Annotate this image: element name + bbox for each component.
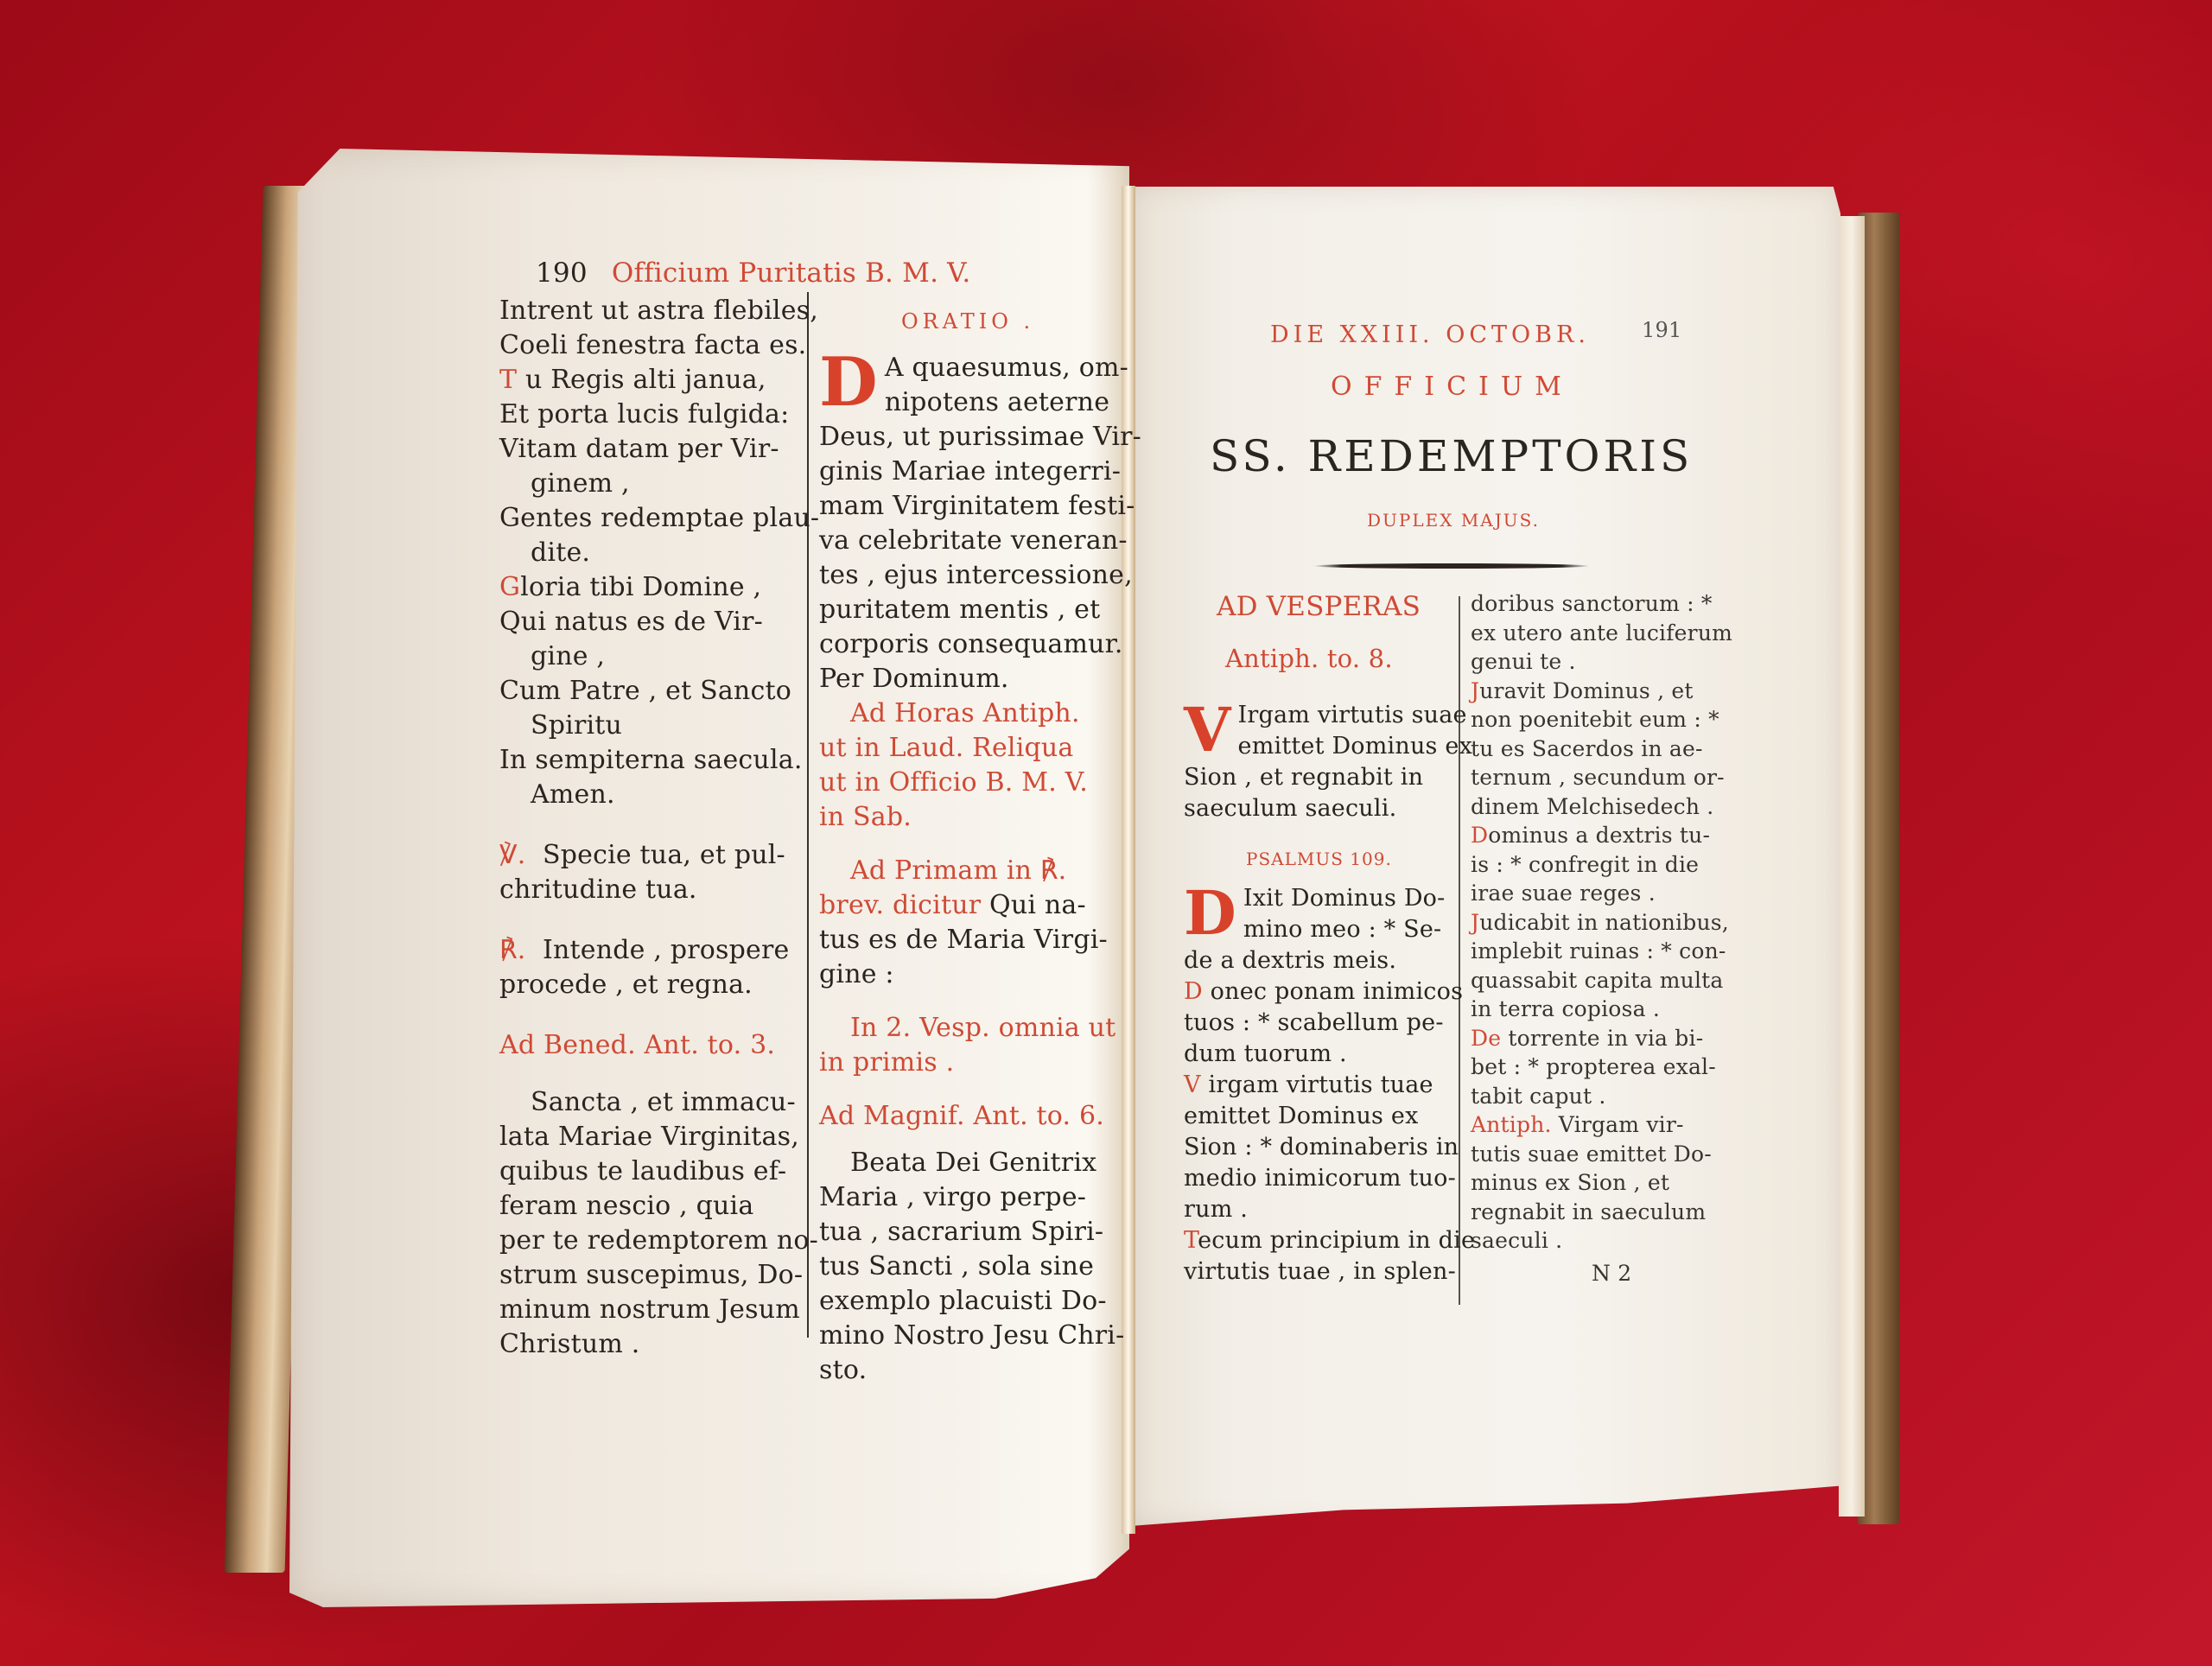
rubric-line: gine : bbox=[819, 957, 1141, 992]
psalm-line: in terra copiosa . bbox=[1471, 995, 1732, 1024]
antiphon-line: Sion , et regnabit in bbox=[1184, 762, 1475, 793]
office-title: SS. REDEMPTORIS bbox=[1210, 430, 1693, 482]
response-symbol: ℟. bbox=[499, 935, 525, 965]
oratio-line: tes , ejus intercessione, bbox=[819, 558, 1141, 593]
hymn-line: ginem , bbox=[499, 467, 819, 501]
officium-label: OFFICIUM bbox=[1331, 370, 1573, 404]
magnificat-line: tua , sacrarium Spiri- bbox=[819, 1215, 1141, 1249]
hymn-line: Gloria tibi Domine , bbox=[499, 570, 819, 605]
drop-cap-v: V bbox=[1184, 703, 1231, 757]
oratio-line: Per Dominum. bbox=[819, 662, 1141, 696]
drop-cap-d: D bbox=[819, 354, 878, 411]
psalm-line: de a dextris meis. bbox=[1184, 945, 1475, 976]
psalm-line: regnabit in saeculum bbox=[1471, 1198, 1732, 1227]
antiphon-line: Christum . bbox=[499, 1327, 819, 1362]
rubric-line: ut in Laud. Reliqua bbox=[819, 731, 1141, 766]
psalm-line: tuos : * scabellum pe- bbox=[1184, 1008, 1475, 1039]
antiphon-line: lata Mariae Virginitas, bbox=[499, 1120, 819, 1154]
psalm-line: ternum , secundum or- bbox=[1471, 763, 1732, 792]
right-page-edges bbox=[1839, 216, 1865, 1517]
red-initial: G bbox=[499, 572, 520, 602]
antiphon-line: Sancta , et immacu- bbox=[499, 1085, 819, 1120]
running-head-title: Officium Puritatis B. M. V. bbox=[612, 258, 971, 289]
psalm-line: Juravit Dominus , et bbox=[1471, 677, 1732, 706]
magnificat-line: tus Sancti , sola sine bbox=[819, 1249, 1141, 1284]
magnificat-line: mino Nostro Jesu Chri- bbox=[819, 1319, 1141, 1353]
left-column-1: Intrent ut astra flebiles, Coeli fenestr… bbox=[499, 294, 819, 1362]
antiphon-line: per te redemptorem no- bbox=[499, 1224, 819, 1258]
psalm-line: V irgam virtutis tuae bbox=[1184, 1070, 1475, 1101]
psalm-heading: PSALMUS 109. bbox=[1184, 843, 1475, 874]
vespers-heading: AD VESPERAS bbox=[1184, 588, 1475, 626]
rubric-line: in primis . bbox=[819, 1046, 1141, 1080]
antiphon-line: strum suscepimus, Do- bbox=[499, 1258, 819, 1293]
psalm-line: dum tuorum . bbox=[1184, 1039, 1475, 1070]
psalm-line: bet : * propterea exal- bbox=[1471, 1052, 1732, 1082]
hymn-line: Vitam datam per Vir- bbox=[499, 432, 819, 467]
left-column-2: ORATIO . D A quaesumus, om- nipotens aet… bbox=[819, 304, 1141, 1388]
hymn-line: Spiritu bbox=[499, 709, 819, 743]
date-line: DIE XXIII. OCTOBR. bbox=[1270, 318, 1590, 353]
oratio-line: Deus, ut purissimae Vir- bbox=[819, 420, 1141, 455]
magnificat-line: sto. bbox=[819, 1353, 1141, 1388]
page-number-left: 190 bbox=[536, 258, 588, 289]
psalm-line: irae suae reges . bbox=[1471, 879, 1732, 908]
rubric-line: Ad Horas Antiph. bbox=[819, 696, 1141, 731]
hymn-line: Cum Patre , et Sancto bbox=[499, 674, 819, 709]
psalm-line: dinem Melchisedech . bbox=[1471, 792, 1732, 822]
antiphon-heading: Antiph. to. 8. bbox=[1184, 643, 1475, 674]
psalm-line: tu es Sacerdos in ae- bbox=[1471, 734, 1732, 764]
hymn-line: T u Regis alti janua, bbox=[499, 363, 819, 397]
psalm-line: minus ex Sion , et bbox=[1471, 1168, 1732, 1198]
psalm-line: tutis suae emittet Do- bbox=[1471, 1140, 1732, 1169]
rank-label: DUPLEX MAJUS. bbox=[1367, 503, 1540, 537]
rubric-line: tus es de Maria Virgi- bbox=[819, 923, 1141, 957]
hymn-line: dite. bbox=[499, 536, 819, 570]
psalm-line: Sion : * dominaberis in bbox=[1184, 1132, 1475, 1163]
antiphon-line: feram nescio , quia bbox=[499, 1189, 819, 1224]
oratio-line: corporis consequamur. bbox=[819, 627, 1141, 662]
running-header: 190 Officium Puritatis B. M. V. bbox=[536, 256, 970, 290]
psalm-line: Antiph. Virgam vir- bbox=[1471, 1110, 1732, 1140]
response-line: procede , et regna. bbox=[499, 968, 819, 1002]
psalm-line: implebit ruinas : * con- bbox=[1471, 937, 1732, 966]
versicle: ℣. Specie tua, et pul- bbox=[499, 838, 819, 873]
rubric-line: ut in Officio B. M. V. bbox=[819, 766, 1141, 800]
psalm-line: genui te . bbox=[1471, 647, 1732, 677]
psalm-line: doribus sanctorum : * bbox=[1471, 589, 1732, 619]
oratio-line: ginis Mariae integerri- bbox=[819, 455, 1141, 489]
rubric-line: brev. dicitur Qui na- bbox=[819, 888, 1141, 923]
oratio-line: puritatem mentis , et bbox=[819, 593, 1141, 627]
psalm-line: emittet Dominus ex bbox=[1184, 1101, 1475, 1132]
psalm-line: is : * confregit in die bbox=[1471, 850, 1732, 880]
psalm-line: saeculi . bbox=[1471, 1226, 1732, 1256]
response: ℟. Intende , prospere bbox=[499, 933, 819, 968]
hymn-line: Coeli fenestra facta es. bbox=[499, 328, 819, 363]
psalm-line: quassabit capita multa bbox=[1471, 966, 1732, 995]
right-column-1: AD VESPERAS Antiph. to. 8. V Irgam virtu… bbox=[1184, 588, 1475, 1288]
psalm-line: virtutis tuae , in splen- bbox=[1184, 1256, 1475, 1288]
psalm-line: medio inimicorum tuo- bbox=[1184, 1163, 1475, 1194]
hymn-line: Intrent ut astra flebiles, bbox=[499, 294, 819, 328]
hymn-line: In sempiterna saecula. bbox=[499, 743, 819, 778]
versicle-line: chritudine tua. bbox=[499, 873, 819, 907]
drop-cap-d: D bbox=[1184, 887, 1236, 940]
antiphon-line: quibus te laudibus ef- bbox=[499, 1154, 819, 1189]
antiphon-line: saeculum saeculi. bbox=[1184, 793, 1475, 824]
magnificat-heading: Ad Magnif. Ant. to. 6. bbox=[819, 1099, 1141, 1134]
hymn-line: Amen. bbox=[499, 778, 819, 812]
psalm-line: D onec ponam inimicos bbox=[1184, 976, 1475, 1008]
oratio-line: va celebritate veneran- bbox=[819, 524, 1141, 558]
rubric-line: in Sab. bbox=[819, 800, 1141, 835]
psalm-line: non poenitebit eum : * bbox=[1471, 705, 1732, 734]
rubric-line: In 2. Vesp. omnia ut bbox=[819, 1011, 1141, 1046]
hymn-line: Et porta lucis fulgida: bbox=[499, 397, 819, 432]
hymn-line: gine , bbox=[499, 639, 819, 674]
right-column-2: doribus sanctorum : * ex utero ante luci… bbox=[1471, 589, 1732, 1288]
oratio-heading: ORATIO . bbox=[819, 304, 1141, 339]
antiphon-line: minum nostrum Jesum bbox=[499, 1293, 819, 1327]
benedictus-heading: Ad Bened. Ant. to. 3. bbox=[499, 1028, 819, 1063]
ornamental-rule bbox=[1313, 563, 1590, 569]
psalm-line: ex utero ante luciferum bbox=[1471, 619, 1732, 648]
psalm-line: De torrente in via bi- bbox=[1471, 1024, 1732, 1053]
versicle-symbol: ℣. bbox=[499, 840, 525, 870]
psalm-line: Tecum principium in die bbox=[1184, 1225, 1475, 1256]
psalm-line: Judicabit in nationibus, bbox=[1471, 908, 1732, 938]
psalm-line: Dominus a dextris tu- bbox=[1471, 821, 1732, 850]
magnificat-line: Maria , virgo perpe- bbox=[819, 1180, 1141, 1215]
red-initial: T bbox=[499, 365, 517, 395]
signature-mark: N 2 bbox=[1471, 1259, 1732, 1288]
magnificat-line: Beata Dei Genitrix bbox=[819, 1146, 1141, 1180]
magnificat-line: exemplo placuisti Do- bbox=[819, 1284, 1141, 1319]
hymn-line: Qui natus es de Vir- bbox=[499, 605, 819, 639]
hymn-line: Gentes redemptae plau- bbox=[499, 501, 819, 536]
psalm-line: tabit caput . bbox=[1471, 1082, 1732, 1111]
psalm-line: rum . bbox=[1184, 1194, 1475, 1225]
oratio-line: mam Virginitatem festi- bbox=[819, 489, 1141, 524]
page-number-right: 191 bbox=[1642, 313, 1681, 347]
rubric-line: Ad Primam in ℟. bbox=[819, 854, 1141, 888]
